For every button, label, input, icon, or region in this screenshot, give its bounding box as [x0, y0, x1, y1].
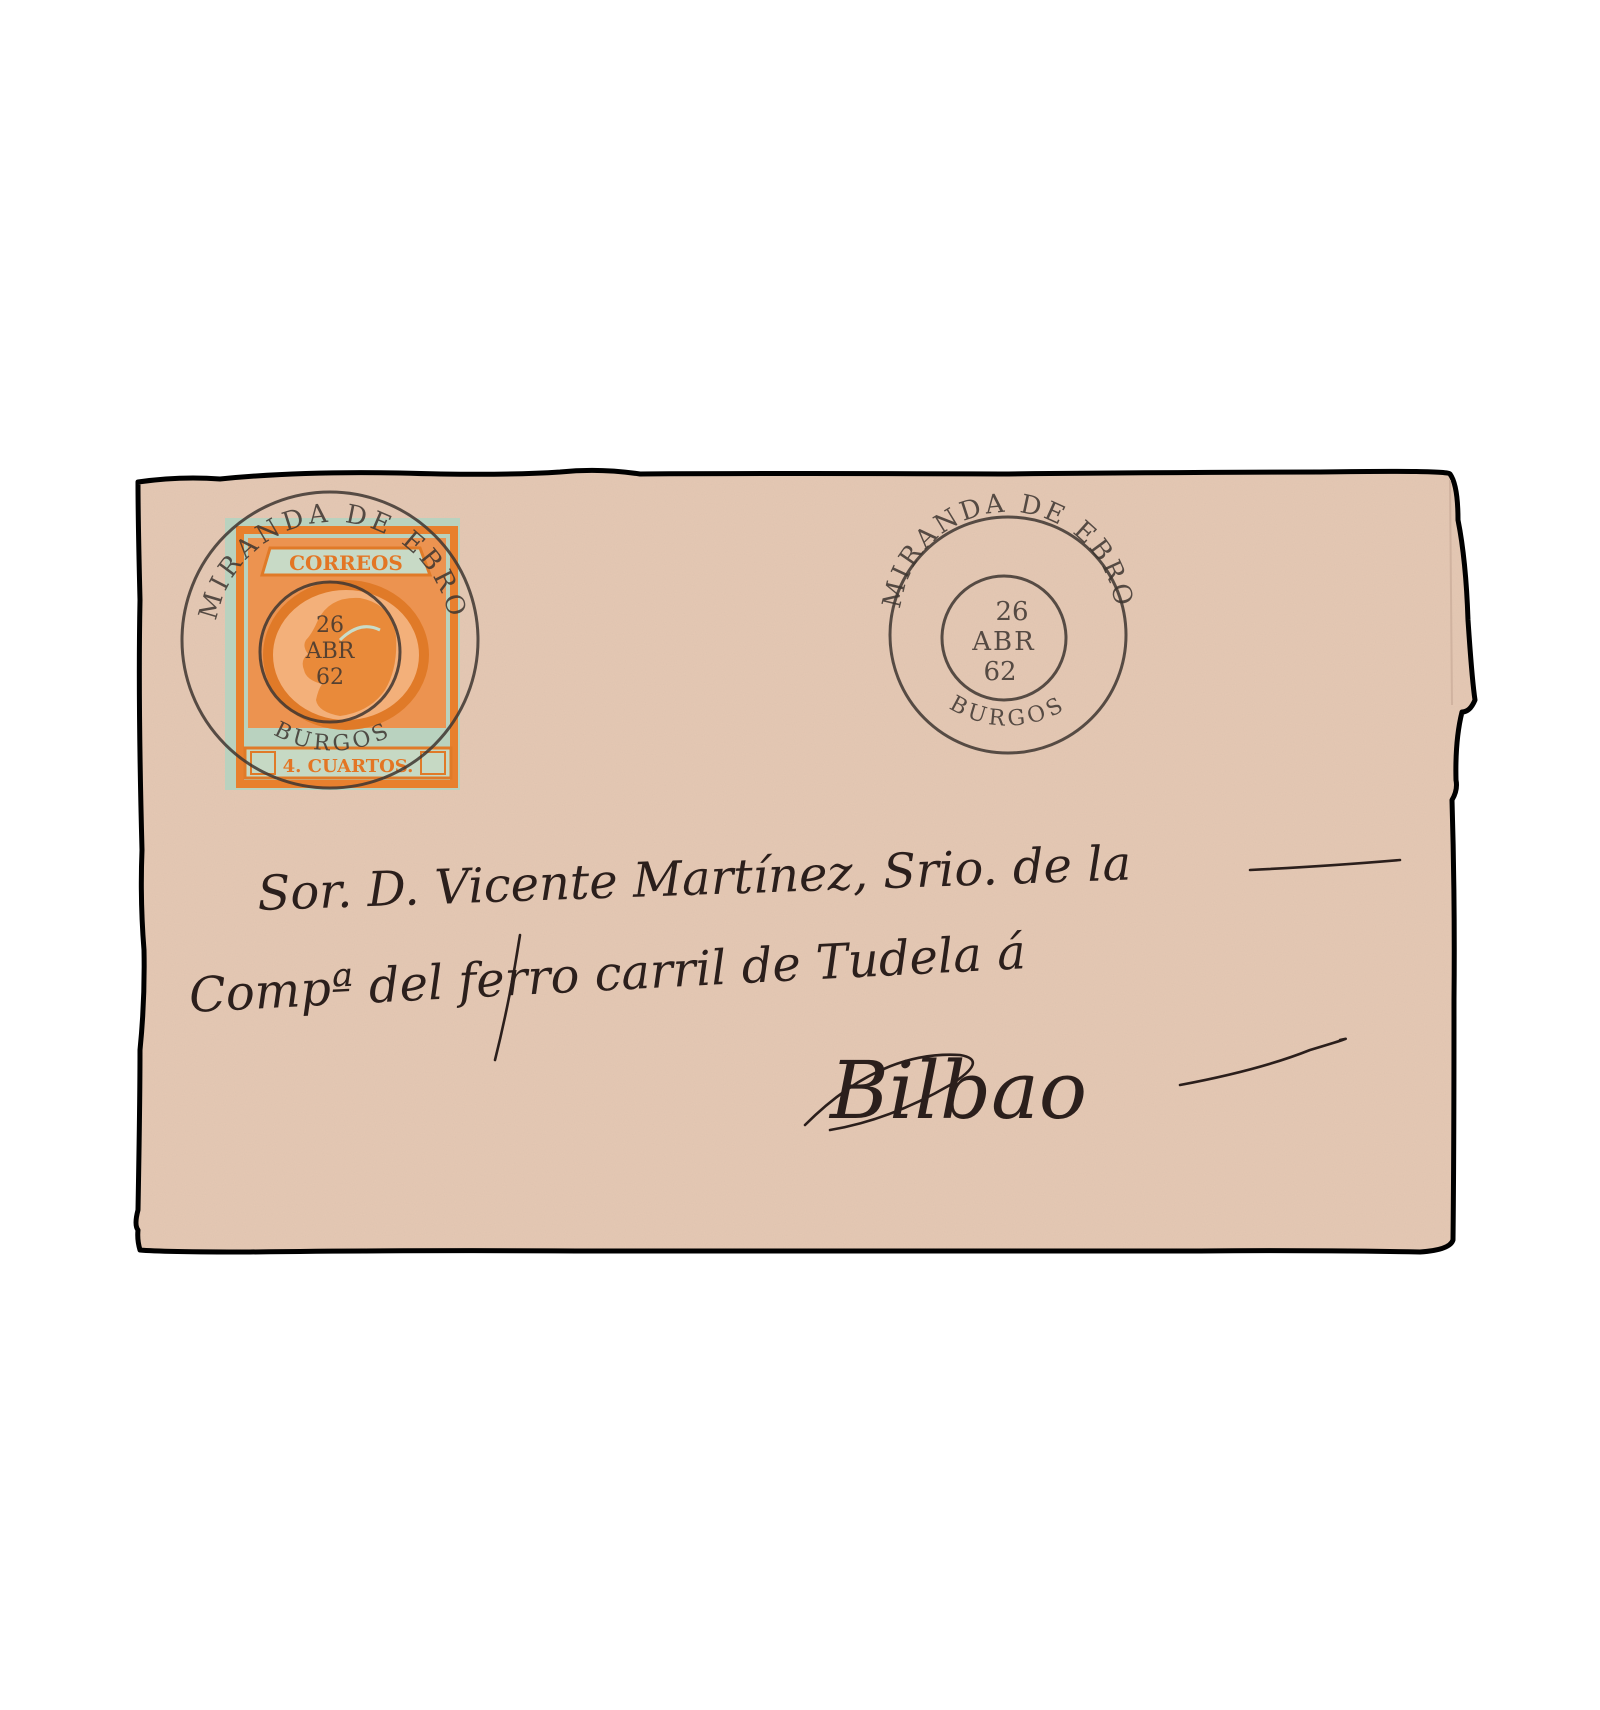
stamp-top-label: CORREOS [289, 551, 403, 575]
postmark-cover-year: 62 [983, 657, 1016, 687]
postmark-stamp-day: 26 [316, 613, 344, 638]
address-line-3: Bilbao [828, 1044, 1087, 1137]
postmark-stamp-year: 62 [316, 665, 344, 690]
postmark-cover-day: 26 [995, 597, 1028, 627]
postmark-stamp-month: ABR [305, 639, 356, 664]
letter-cover: CORREOS 4. CUARTOS. MIRANDA DE EBRO BURG… [0, 0, 1600, 1710]
postmark-cover-month: ABR [971, 627, 1035, 657]
